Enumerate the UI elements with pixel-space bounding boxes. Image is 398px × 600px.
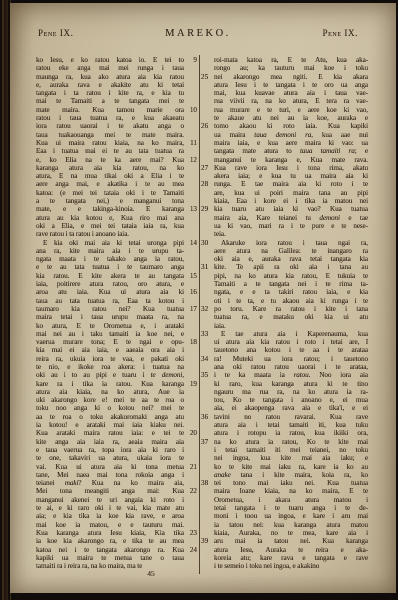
line-text: kite. Te apii ra oki aia i tana au	[214, 263, 368, 271]
verse-number	[184, 388, 197, 396]
verse-number: 12	[184, 156, 197, 164]
text-line: 37na ko atura ia ratou, Ko te kite mai	[201, 438, 368, 446]
line-text: ngata maata i te takako anga ia ratou,	[36, 255, 184, 263]
line-text: reira ra, ukuia iora te vaa, e pakati ok…	[36, 355, 184, 363]
line-text: nei akarongo mea ngiti. E kia akara	[214, 73, 368, 81]
text-line: Mei tona meangiti anga mai: Kua22	[36, 487, 197, 495]
verse-number	[201, 504, 214, 512]
line-text: tavini no ratou ravarai. Kua rave	[214, 413, 368, 421]
text-line: atura au kia kotou e, Kua riro mai ana	[36, 214, 197, 222]
text-line: katoa: (e mei tei tataia oki i te Tamait…	[36, 189, 197, 197]
verse-number	[201, 463, 214, 471]
line-text: mai te Tamaiti a te tangata mei te	[36, 97, 184, 105]
text-line: ana oki ratou ratou uaorai i te arataa,	[201, 363, 368, 371]
line-text: mai koe ia matou, e e tauturu mai.	[36, 521, 184, 529]
verse-number	[201, 222, 214, 230]
text-line: tetai tangata i te tuaru anga i te de-	[201, 504, 368, 512]
text-line: atura Iesu, Auraka te reira e aka-	[201, 546, 368, 554]
text-line: aia, ei akaopenga rava aia e tika'i, e e…	[201, 404, 368, 412]
text-line: maunga ra, kua ako atura aia kia ratou	[36, 73, 197, 81]
line-text: rave ratou i ta ratou i anoano iaia.	[36, 230, 184, 238]
text-line: mai, kua kuavae atura aia i taua vae-	[201, 89, 368, 97]
text-line: anake tana i kite maira, koia ra, ko	[201, 471, 368, 479]
text-line: oki aia e, auraka rava tetai tangata kia	[201, 255, 368, 263]
line-text: nei ingoa, kua kite mai aia iaku; e	[214, 454, 368, 462]
line-text: rua viivii ra, na ko atura, E tera ra va…	[214, 97, 368, 105]
verse-number	[201, 81, 214, 89]
line-text: ia koe kia akarongo ra, e tika te au mea	[36, 537, 184, 545]
verse-number	[201, 446, 214, 454]
line-text: tou, Ko te tangata i anoano e, ei mua	[214, 396, 368, 404]
verse-number: 33	[201, 330, 214, 338]
verse-number: 37	[201, 438, 214, 446]
verse-number	[201, 230, 214, 238]
text-line: atura i rotopu ia ratou, kua ikiiki ora,	[201, 429, 368, 437]
text-line: taumaro kia ratou nei? Kua tuatua17	[36, 305, 197, 313]
verse-number	[184, 521, 197, 529]
verse-number: 29	[201, 205, 214, 213]
verse-number	[201, 288, 214, 296]
text-line: Kua karanga atura Iesu kiaia, Kia tika23	[36, 529, 197, 537]
line-text: E tae atura aia i Kaperenauma, kua	[214, 330, 368, 338]
line-text: Kua ui maira ratou kiaia, na ko maira,	[36, 139, 184, 147]
verse-number	[184, 263, 197, 271]
line-text: aroa atu iaia. Kua ui atura aia ki	[36, 288, 184, 296]
verse-number: 18	[184, 338, 197, 346]
verse-number	[201, 272, 214, 280]
line-text: iora ratou uaorai i te akatu anga o	[36, 122, 184, 130]
verse-number: 24	[184, 546, 197, 554]
text-line: maira iaia, e kua aere maira ki vao: ua	[201, 139, 368, 147]
text-line: tuatua ra, e mataku oki kia ui atu	[201, 313, 368, 321]
verse-number: 34	[201, 355, 214, 363]
text-line: kiaia, Auraka, no te mea, kare aia i	[201, 529, 368, 537]
verse-number	[184, 114, 197, 122]
line-text: roi-mata katoa ra, E te Atu, kua aka-	[214, 56, 368, 64]
verse-number: 39	[201, 537, 214, 545]
line-text: ngauru ma rua ra, na ko atura ia ra-	[214, 388, 368, 396]
text-line: tane, Mei naea mai tona rokoia anga i	[36, 471, 197, 479]
line-text: atura aia kiaia, na ko atura, Aue ia	[36, 388, 184, 396]
text-line: tangata mate atura to taua tamaiti ra; e	[201, 147, 368, 155]
line-text: tetai tangata i te tuaru anga i te de-	[214, 504, 368, 512]
text-line: vai. Kua ui atura aia ki tona metua21	[36, 463, 197, 471]
text-line: ko Iesu, e ko ratou katoa io. E tei to9	[36, 56, 197, 64]
line-text: te nio, e ikoke roa akera: i tuatua na	[36, 363, 184, 371]
verse-number: 19	[184, 380, 197, 388]
line-text: maira Ioane kiaia, na ko maira, E te	[214, 487, 368, 495]
line-text: aru mai ia tatou nei. Kua karanga	[214, 537, 368, 545]
text-line: ana ra, kite maira aia i te urupu ta-	[36, 247, 197, 255]
text-line: aere atura na Galilea: te inangaro ra	[201, 247, 368, 255]
verse-number: 10	[184, 106, 197, 114]
verse-number	[184, 73, 197, 81]
line-text: tuatua ra, e mataku oki kia ui atu	[214, 313, 368, 321]
text-line: reira ra, ukuia iora te vaa, e pakati ok…	[36, 355, 197, 363]
verse-number	[184, 97, 197, 105]
line-text: aere atura na Galilea: te inangaro ra	[214, 247, 368, 255]
text-line: a te tangata nei,) e manganui tona	[36, 197, 197, 205]
text-line: E kia oki mai aia ki tetai uronga pipi14	[36, 239, 197, 247]
line-text: e te au tata tuatua i te taumaro anga	[36, 263, 184, 271]
text-line: 39aru mai ia tatou nei. Kua karanga	[201, 537, 368, 545]
verse-number	[184, 363, 197, 371]
text-line: mate maira. Kua tamou marie ora10	[36, 106, 197, 114]
text-line: rua murare e te turi, e aere koe ki vao,	[201, 106, 368, 114]
verse-number: 11	[184, 139, 197, 147]
text-line: moni i toou ua ingoa, e kare i aru mai	[201, 512, 368, 520]
text-line: 29kia tuaru atu iaia ki vao? Kua tuatua	[201, 205, 368, 213]
text-line: roi-mata katoa ra, E te Atu, kua aka-	[201, 56, 368, 64]
verse-number	[184, 330, 197, 338]
line-text: teianei maki? Kua na ko maira aia,	[36, 479, 184, 487]
verse-number: 36	[201, 413, 214, 421]
text-line: ngata maata i te takako anga ia ratou,	[36, 255, 197, 263]
line-text: tei tono mai iaku nei. Kua tuatua	[214, 479, 368, 487]
text-line: ua maira taua demoni ra, kua aae nui	[201, 131, 368, 139]
line-text: te one, takaviri ua atura, ukaia iora te	[36, 454, 184, 462]
line-text: uki akarongo kore e! mei te aa te roa o	[36, 396, 184, 404]
verse-number	[201, 404, 214, 412]
text-line: te one, takaviri ua atura, ukaia iora te	[36, 454, 197, 462]
line-text: i te semeio i toku nei ingoa, e akakino	[214, 562, 368, 570]
page: Pene IX. MAREKO. Pene IX. ko Iesu, e ko …	[10, 3, 396, 593]
text-line: mai te Tamaiti a te tangata mei te	[36, 97, 197, 105]
line-text: mate, e e takinga-kinoia. E karanga	[36, 205, 184, 213]
text-line: te nio, e ikoke roa akera: i tuatua na	[36, 363, 197, 371]
text-line: kare ra i tika ia ratou. Kua karanga19	[36, 380, 197, 388]
text-line: 36tavini no ratou ravarai. Kua rave	[201, 413, 368, 421]
text-line: ratou i taua tuatua ra, e kua akaeatu	[36, 114, 197, 122]
text-line: rua viivii ra, na ko atura, E tera ra va…	[201, 97, 368, 105]
verse-number	[184, 454, 197, 462]
line-text: atura i rotopu ia ratou, kua ikiiki ora,	[214, 429, 368, 437]
text-line: akera iaia; e kua tu ua maira aia ki	[201, 172, 368, 180]
line-text: po toru. Kare ra ratou i kite i tana	[214, 305, 368, 313]
column-divider	[199, 55, 200, 574]
verse-number	[184, 297, 197, 305]
line-text: a te tangata nei,) e manganui tona	[36, 197, 184, 205]
running-header-left: Pene IX.	[38, 28, 73, 38]
verse-number: 15	[184, 272, 197, 280]
text-line: maira Ioane kiaia, na ko maira, E te	[201, 487, 368, 495]
verse-number	[201, 338, 214, 346]
line-text: na ko atura ia ratou, Ko te kite mai	[214, 438, 368, 446]
text-line: nei ingoa, kua kite mai aia iaku; e	[201, 454, 368, 462]
text-line: karanga atura aia kia ratou, na ko	[36, 164, 197, 172]
line-text: Eaa i tuatua mai ei te au tata tuatua ra	[36, 147, 184, 155]
line-text: tangata mate atura to taua tamaiti ra; e	[214, 147, 368, 155]
line-text: toku noo anga ki o kotou nei? mei te	[36, 404, 184, 412]
line-text: ratou eke anga mai mei runga i taua	[36, 64, 184, 72]
line-text: kia tuaru atu iaia ki vao? Kua tuatua	[214, 205, 368, 213]
text-line: iora ratou uaorai i te akatu anga o	[36, 122, 197, 130]
verse-number: 31	[201, 263, 214, 271]
line-text: maira aia, Kare teianei tu demoni e tae	[214, 214, 368, 222]
text-line: tamaiti ra i reira ra, na ko maira, ma t…	[36, 562, 197, 570]
line-text: taua au tata tuatua ra, Eaa ta kotou i	[36, 297, 184, 305]
line-text: aia; e kia tika ia koe kia rave, e aroa	[36, 512, 184, 520]
text-line: taua tuakaouanga mei te mate maira.	[36, 131, 197, 139]
line-text: kiaia, Eaa i kore ei i tika ia matou nei	[214, 197, 368, 205]
line-text: taua tuakaouanga mei te mate maira.	[36, 131, 184, 139]
verse-number	[201, 562, 214, 570]
text-line: Eaa i tuatua mai ei te au tata tuatua ra	[36, 147, 197, 155]
verse-number	[184, 255, 197, 263]
text-line: 31kite. Te apii ra oki aia i tana au	[201, 263, 368, 271]
line-text: Tamaiti a te tangata nei i te rima ta-	[214, 280, 368, 288]
text-line: e taua vaerua ra, topa iora aia ki raro …	[36, 446, 197, 454]
verse-number	[201, 546, 214, 554]
line-text: pipi, na ko atura kia ratou, E tukuia te	[214, 272, 368, 280]
verse-number	[184, 371, 197, 379]
text-line: mate, e e takinga-kinoia. E karanga13	[36, 205, 197, 213]
line-text: karanga atura aia kia ratou, na ko	[36, 164, 184, 172]
text-line: aa te roa o toku akakoromaki anga atu	[36, 413, 197, 421]
verse-number: 23	[184, 529, 197, 537]
line-text: moni i toou ua ingoa, e kare i aru mai	[214, 512, 368, 520]
line-text: maira iaia, e kua aere maira ki vao: ua	[214, 139, 368, 147]
verse-number	[184, 81, 197, 89]
text-line: mai nei au i taku tamaiti ia koe nei, e	[36, 330, 197, 338]
text-line: i te semeio i toku nei ingoa, e akakino	[201, 562, 368, 570]
line-text: vaerua murare tona; E te ngai e opu-	[36, 338, 184, 346]
verse-number	[184, 147, 197, 155]
text-line: i tetai tamaiti iti mei teianei, no toku	[201, 446, 368, 454]
text-line: 35i te ka maata ia ratou. Noo iora aia	[201, 371, 368, 379]
text-line: koreia atu; kare rava e tangata e rave	[201, 554, 368, 562]
line-text: atura Iesu i te tangata i te oro ua anga	[214, 81, 368, 89]
line-text: katoa: (e mei tei tataia oki i te Tamait…	[36, 189, 184, 197]
text-line: rongo au; ka tauturu mai koe i toku	[201, 64, 368, 72]
line-text: iaia.	[214, 322, 368, 330]
text-line: Kua ui maira ratou kiaia, na ko maira,11	[36, 139, 197, 147]
line-text: ana oki ratou ratou uaorai i te arataa,	[214, 363, 368, 371]
text-line: teianei maki? Kua na ko maira aia,	[36, 479, 197, 487]
verse-number	[184, 313, 197, 321]
line-text: e, auraka rava e akakite atu ki tetai	[36, 81, 184, 89]
text-line: ua ki vao, mari ra i te pure e te nese-	[201, 222, 368, 230]
line-text: maunga ra, kua ako atura aia kia ratou	[36, 73, 184, 81]
text-line: atura aia i tetai tamaiti iti, kua tuku	[201, 421, 368, 429]
line-text: Akaruke iora ratou i taua ngai ra,	[214, 239, 368, 247]
verse-number	[184, 322, 197, 330]
verse-number	[201, 529, 214, 537]
verse-number: 22	[184, 487, 197, 495]
line-text: i tetai tamaiti iti mei teianei, no toku	[214, 446, 368, 454]
text-line: Kua arataki maira ratou iaia: e tei te20	[36, 429, 197, 437]
book-page-photo: Pene IX. MAREKO. Pene IX. ko Iesu, e ko …	[0, 0, 398, 600]
text-line: taua au tata tuatua ra, Eaa ta kotou i	[36, 297, 197, 305]
verse-number: 35	[201, 371, 214, 379]
line-text: Kua karanga atura Iesu kiaia, Kia tika	[36, 529, 184, 537]
verse-number	[184, 180, 197, 188]
verse-number	[184, 537, 197, 545]
verse-number	[201, 139, 214, 147]
line-text: oti i te ta, e tu akaou aia ki runga i t…	[214, 297, 368, 305]
line-text: anake tana i kite maira, koia ra, ko	[214, 471, 368, 479]
text-line: 27Kua rave iora Iesu i tona rima, akatu	[201, 164, 368, 172]
text-line: atura aia kiaia, na ko atura, Aue ia	[36, 388, 197, 396]
verse-number	[201, 322, 214, 330]
verse-number	[201, 487, 214, 495]
text-line: 34ra! Muteki ua iora ratou; i tauetono	[201, 355, 368, 363]
verse-number	[201, 496, 214, 504]
verse-number	[201, 380, 214, 388]
verse-number: 17	[184, 305, 197, 313]
text-line: uki akarongo kore e! mei te aa te roa o	[36, 396, 197, 404]
text-line: tangata i ta ratou i kite ra, e kia tu	[36, 89, 197, 97]
text-line: vaerua murare tona; E te ngai e opu-18	[36, 338, 197, 346]
text-line: aere anga mai, e akatika i te au mea	[36, 180, 197, 188]
text-line: teia.	[201, 230, 368, 238]
text-line: ngata, e e ta takiri ratou iaia, e kia	[201, 288, 368, 296]
line-text: atura au kia kotou e, Kua riro mai ana	[36, 214, 184, 222]
line-text: ratou i taua tuatua ra, e kua akaeatu	[36, 114, 184, 122]
line-text: ko Iesu, e ko ratou katoa io. E tei to	[36, 56, 184, 64]
text-line: are, kua ui poiri maira tana au pipi	[201, 189, 368, 197]
line-text: aa te roa o toku akakoromaki anga atu	[36, 413, 184, 421]
text-line: kiaia, Eaa i kore ei i tika ia matou nei	[201, 197, 368, 205]
line-text: oki a Elia, e mei tei tataia iaia ra, ku…	[36, 222, 184, 230]
verse-number	[184, 396, 197, 404]
text-line: oki a Elia, e mei tei tataia iaia ra, ku…	[36, 222, 197, 230]
line-text: teia.	[214, 230, 368, 238]
verse-number: 30	[201, 239, 214, 247]
text-line: Tamaiti a te tangata nei i te rima ta-	[201, 280, 368, 288]
line-text: te ai, e ki raro oki i te vai, kia mate …	[36, 504, 184, 512]
verse-number	[184, 131, 197, 139]
text-line: tauetono ana kotou i te aa i te arataa	[201, 346, 368, 354]
line-text: katoa nei i te tangata akarongo ra. Kua	[36, 546, 184, 554]
text-line: oti i te ta, e tu akaou aia ki runga i t…	[201, 297, 368, 305]
line-text: rua murare e te turi, e aere koe ki vao,	[214, 106, 368, 114]
text-line: Orometua, i akara atura matou i	[201, 496, 368, 504]
line-text: koreia atu; kare rava e tangata e rave	[214, 554, 368, 562]
text-line: ui atura aia kia ratou i roto i tetai ar…	[201, 338, 368, 346]
line-text: te akaue atu nei au ia koe, auraka e	[214, 114, 368, 122]
text-line: 28runga. E tae maira aia ki roto i te	[201, 180, 368, 188]
book-title: MAREKO.	[165, 28, 231, 39]
verse-number	[201, 214, 214, 222]
text-line: ki raro, kua karanga atura ki te tino	[201, 380, 368, 388]
verse-number	[201, 388, 214, 396]
verse-number: 21	[184, 463, 197, 471]
verse-number	[201, 313, 214, 321]
text-line: e, auraka rava e akakite atu ki tetai	[36, 81, 197, 89]
line-text: Kua arataki maira ratou iaia: e tei te	[36, 429, 184, 437]
text-line: kia ratou. E kite akera te au tangata15	[36, 272, 197, 280]
text-line: 32po toru. Kare ra ratou i kite i tana	[201, 305, 368, 313]
text-line: rave ratou i ta ratou i anoano iaia.	[36, 230, 197, 238]
verse-number: 13	[184, 205, 197, 213]
line-text: ua ki vao, mari ra i te pure e te nese-	[214, 222, 368, 230]
line-text: e taua vaerua ra, topa iora aia ki raro …	[36, 446, 184, 454]
verse-number	[201, 454, 214, 462]
verse-number: 16	[184, 288, 197, 296]
page-number: 45	[131, 569, 171, 578]
verse-number	[201, 297, 214, 305]
line-text: tomo akaou ki roto iaia. Kua kapiki	[214, 122, 368, 130]
right-column: roi-mata katoa ra, E te Atu, kua aka-ron…	[201, 56, 368, 570]
text-line: te akaue atu nei au ia koe, auraka e	[201, 114, 368, 122]
verse-number	[184, 164, 197, 172]
verse-number	[184, 446, 197, 454]
verse-number	[201, 421, 214, 429]
verse-number: 27	[201, 164, 214, 172]
text-line: oki au i to au pipi e tuaru i te demoni,	[36, 371, 197, 379]
verse-number	[184, 404, 197, 412]
text-line: maira tetai i taua urupu maata ra, na	[36, 313, 197, 321]
text-line: katoa nei i te tangata akarongo ra. Kua2…	[36, 546, 197, 554]
verse-number	[201, 554, 214, 562]
verse-number	[201, 521, 214, 529]
text-line: ia kotou! e arataki mai iaia kiaku nei.	[36, 421, 197, 429]
line-text: oki aia e, auraka rava tetai tangata kia	[214, 255, 368, 263]
line-text: E kia oki mai aia ki tetai uronga pipi	[36, 239, 184, 247]
line-text: taumaro kia ratou nei? Kua tuatua	[36, 305, 184, 313]
line-text: ana ra, kite maira aia i te urupu ta-	[36, 247, 184, 255]
verse-number: 20	[184, 429, 197, 437]
line-text: manganui te karanga e, Kua mate rava.	[214, 156, 368, 164]
verse-number	[184, 189, 197, 197]
text-line: e te au tata tuatua i te taumaro anga	[36, 263, 197, 271]
text-line: ia tatou nei: kua karanga atura matou	[201, 521, 368, 529]
line-text: ki raro, kua karanga atura ki te tino	[214, 380, 368, 388]
text-line: manganui akenei te uri angaia ki roto i	[36, 496, 197, 504]
verse-number: 28	[201, 180, 214, 188]
line-text: iaia, poitirere atura ratou, oro atura, …	[36, 280, 184, 288]
text-line: toku noo anga ki o kotou nei? mei te	[36, 404, 197, 412]
line-text: runga. E tae maira aia ki roto i te	[214, 180, 368, 188]
text-line: 26tomo akaou ki roto iaia. Kua kapiki	[201, 122, 368, 130]
text-line: mai koe ia matou, e e tauturu mai.	[36, 521, 197, 529]
text-line: ratou eke anga mai mei runga i taua	[36, 64, 197, 72]
verse-number	[184, 247, 197, 255]
running-header-right: Pene IX.	[323, 28, 358, 38]
verse-number: 26	[201, 122, 214, 130]
verse-number	[184, 214, 197, 222]
line-text: mate maira. Kua tamou marie ora	[36, 106, 184, 114]
verse-number	[184, 230, 197, 238]
text-line: iaia.	[201, 322, 368, 330]
verse-number	[201, 106, 214, 114]
text-line: atura, E na mua tikai oki a Elia i te	[36, 172, 197, 180]
line-text: kiaia, Auraka, no te mea, kare aia i	[214, 529, 368, 537]
verse-number	[201, 89, 214, 97]
text-line: 30Akaruke iora ratou i taua ngai ra,	[201, 239, 368, 247]
line-text: Mei tona meangiti anga mai: Kua	[36, 487, 184, 495]
text-line: te ai, e ki raro oki i te vai, kia mate …	[36, 504, 197, 512]
line-text: ua maira taua demoni ra, kua aae nui	[214, 131, 368, 139]
verse-number	[184, 64, 197, 72]
line-text: kite anga aia iaia ra, aeaia maira aia	[36, 438, 184, 446]
verse-number	[201, 280, 214, 288]
line-text: vai. Kua ui atura aia ki tona metua	[36, 463, 184, 471]
verse-number	[201, 396, 214, 404]
line-text: ia kotou! e arataki mai iaia kiaku nei.	[36, 421, 184, 429]
text-line: tou, Ko te tangata i anoano e, ei mua	[201, 396, 368, 404]
verse-number	[184, 438, 197, 446]
line-text: Kua rave iora Iesu i tona rima, akatu	[214, 164, 368, 172]
line-text: ia tatou nei: kua karanga atura matou	[214, 521, 368, 529]
line-text: maira tetai i taua urupu maata ra, na	[36, 313, 184, 321]
verse-number	[201, 64, 214, 72]
line-text: atura, E na mua tikai oki a Elia i te	[36, 172, 184, 180]
verse-number: 32	[201, 305, 214, 313]
line-text: kapiki ua maira te metua tane o taua	[36, 554, 184, 562]
text-line: ngauru ma rua ra, na ko atura ia ra-	[201, 388, 368, 396]
